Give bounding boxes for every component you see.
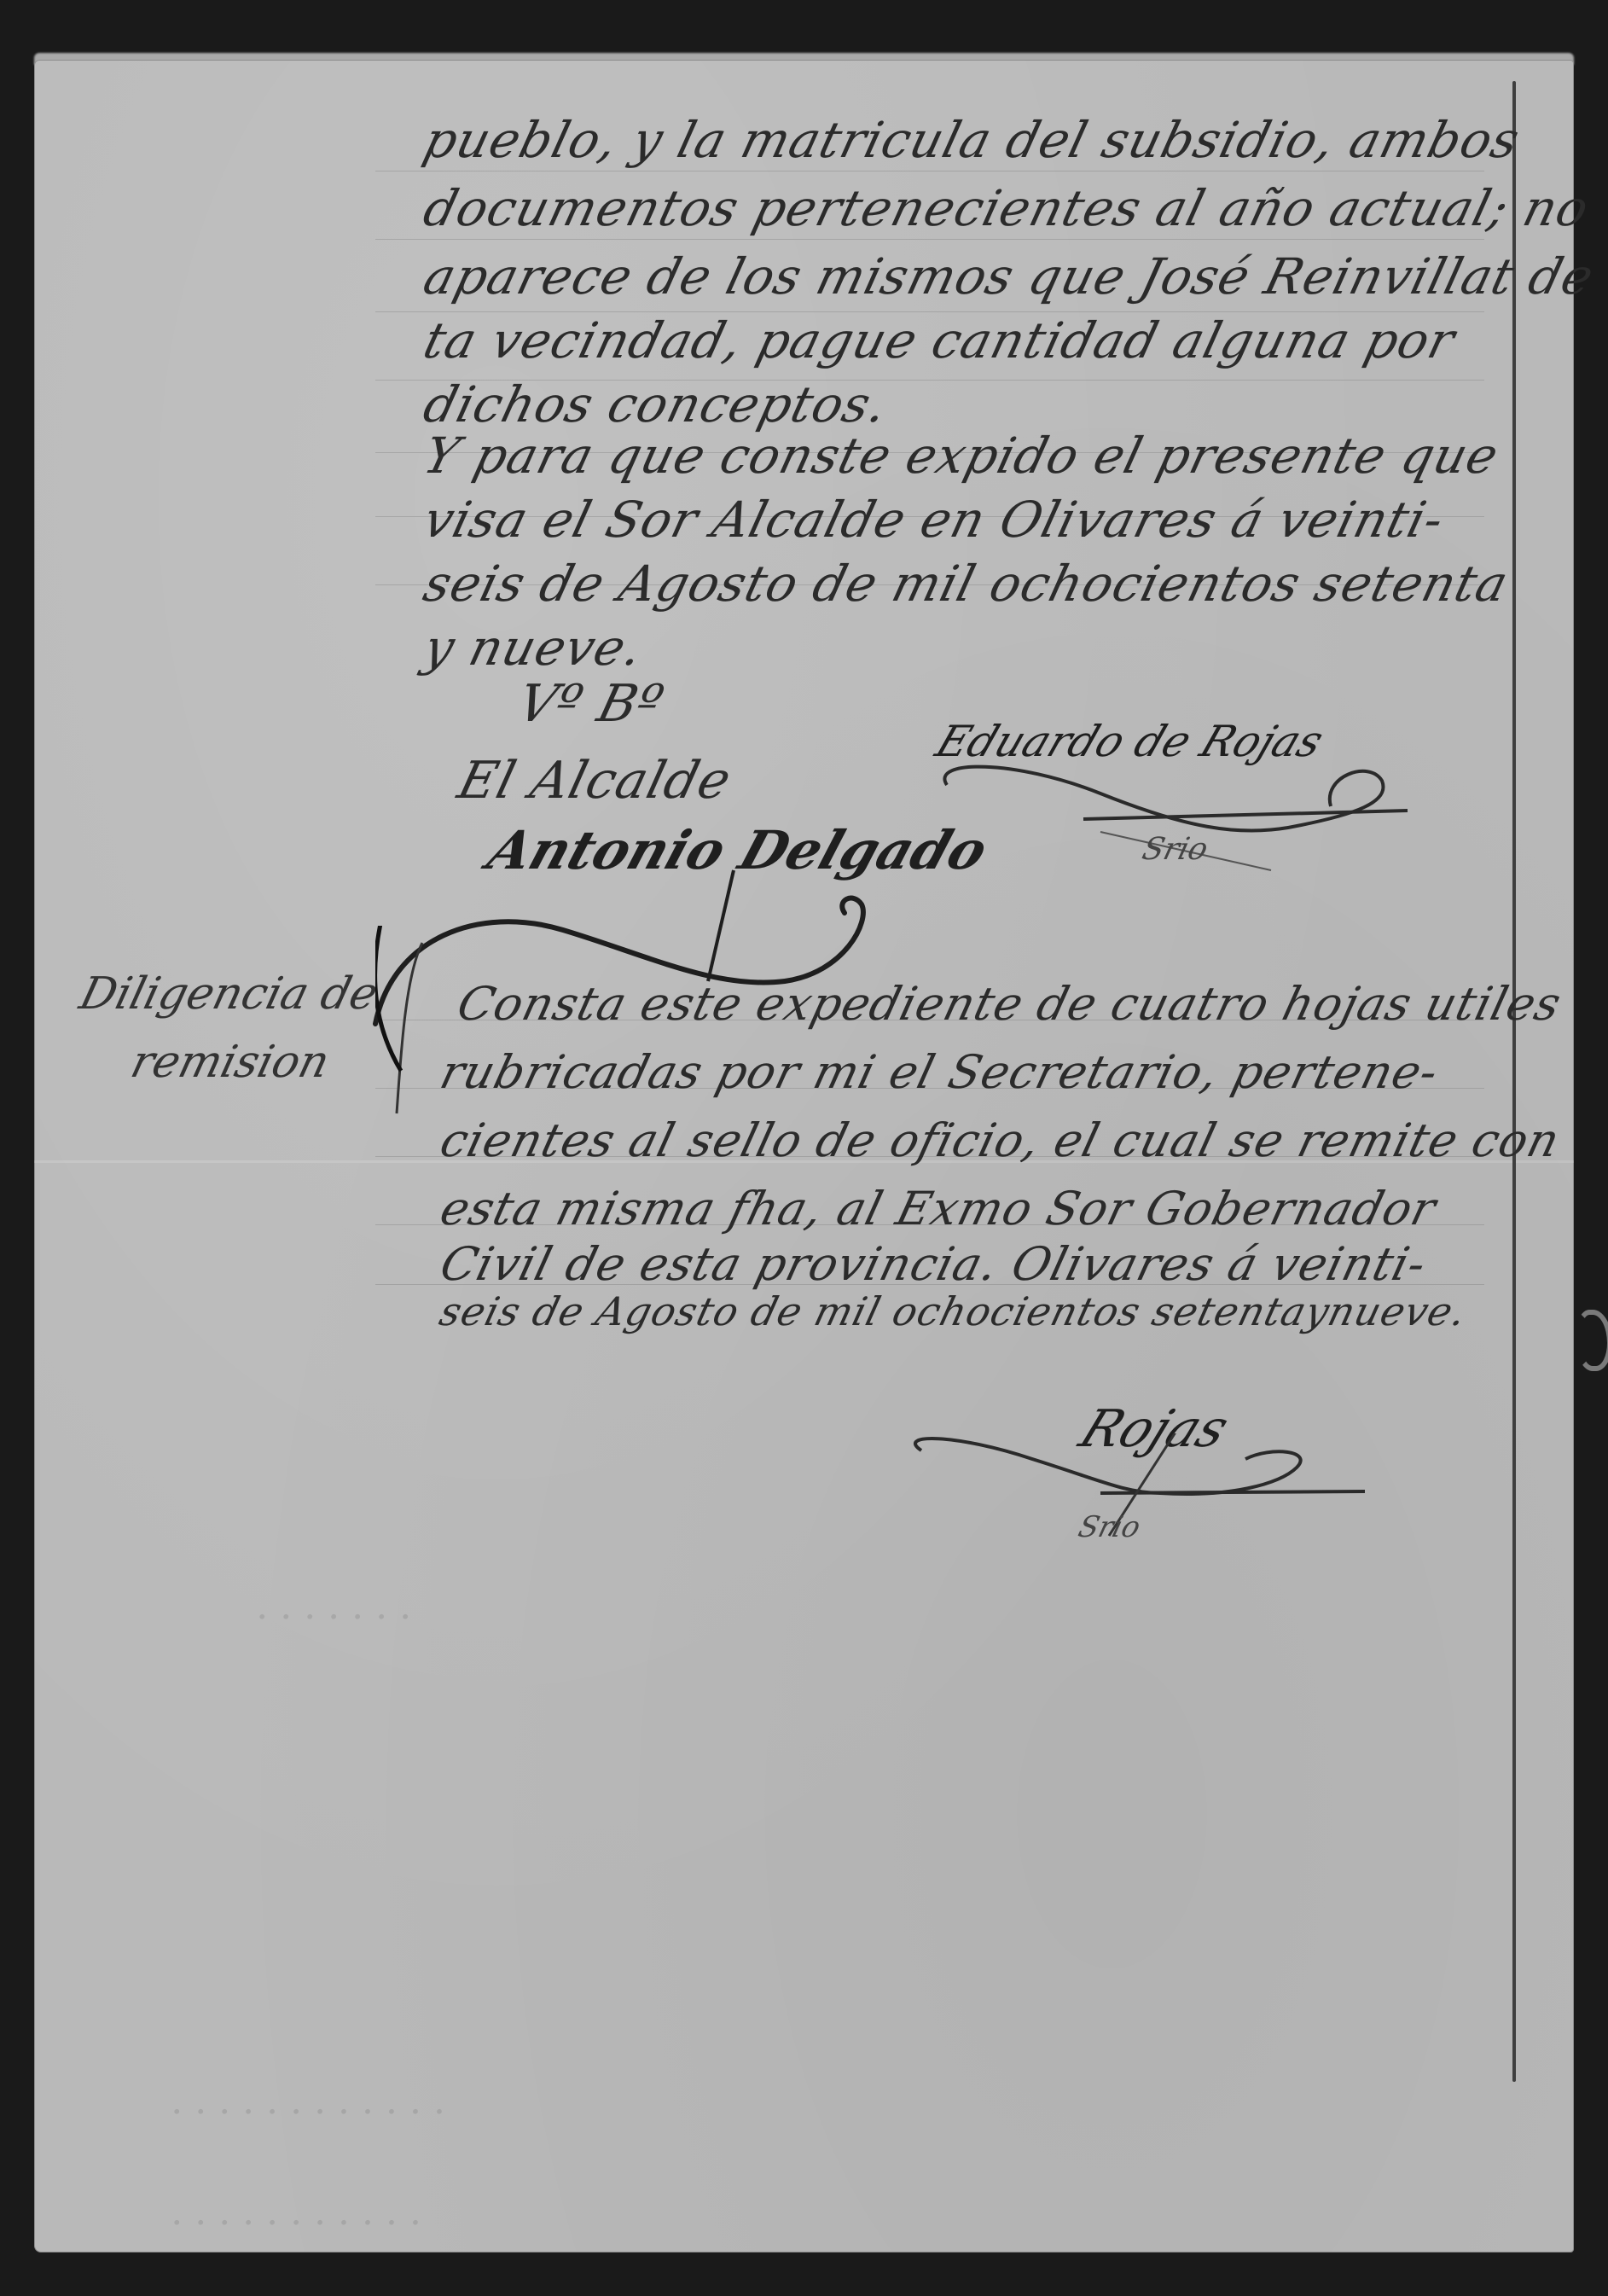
diligencia-line: Consta este expediente de cuatro hojas u… <box>452 977 1567 1031</box>
ruled-line <box>375 171 1484 171</box>
bleed-through-text: · · · · · · · · · · · <box>165 2201 427 2245</box>
body-line: pueblo, y la matricula del subsidio, amb… <box>418 111 1525 169</box>
body-line: seis de Agosto de mil ochocientos setent… <box>418 555 1514 613</box>
secretary-role: Srio <box>1139 832 1211 867</box>
margin-note-line1: Diligencia de <box>75 968 383 1020</box>
diligencia-line: rubricadas por mi el Secretario, pertene… <box>435 1045 1444 1099</box>
margin-note-line2: remision <box>126 1037 335 1088</box>
body-line: dichos conceptos. <box>418 375 894 433</box>
secretary-2-role: Srio <box>1075 1510 1144 1544</box>
body-line: visa el Sor Alcalde en Olivares á veinti… <box>418 491 1450 549</box>
secretary-signature-2-flourish <box>904 1433 1382 1553</box>
right-margin-rule <box>1512 81 1516 2082</box>
diligencia-line: seis de Agosto de mil ochocientos setent… <box>435 1288 1472 1334</box>
secretary-signature-flourish <box>930 759 1425 887</box>
bleed-through-text: · · · · · · · · · · · · <box>165 2090 450 2134</box>
body-line: aparece de los mismos que José Reinvilla… <box>418 247 1608 305</box>
diligencia-line: cientes al sello de oficio, el cual se r… <box>435 1113 1565 1167</box>
bleed-through-text: · · · · · · · <box>251 1596 417 1639</box>
body-line: Y para que conste expido el presente que <box>418 427 1505 485</box>
margin-bracket <box>375 926 444 1148</box>
body-line: ta vecindad, pague cantidad alguna por <box>418 311 1461 369</box>
diligencia-line: Civil de esta provincia. Olivares á vein… <box>435 1237 1432 1291</box>
diligencia-line: esta misma fha, al Exmo Sor Gobernador <box>435 1182 1442 1235</box>
visto-bueno: Vº Bº <box>512 674 670 734</box>
body-line: y nueve. <box>418 619 649 677</box>
ruled-line <box>375 239 1484 240</box>
binding-string <box>1576 1310 1608 1371</box>
alcalde-title: El Alcalde <box>452 751 738 811</box>
body-line: documentos pertenecientes al año actual;… <box>418 179 1595 237</box>
